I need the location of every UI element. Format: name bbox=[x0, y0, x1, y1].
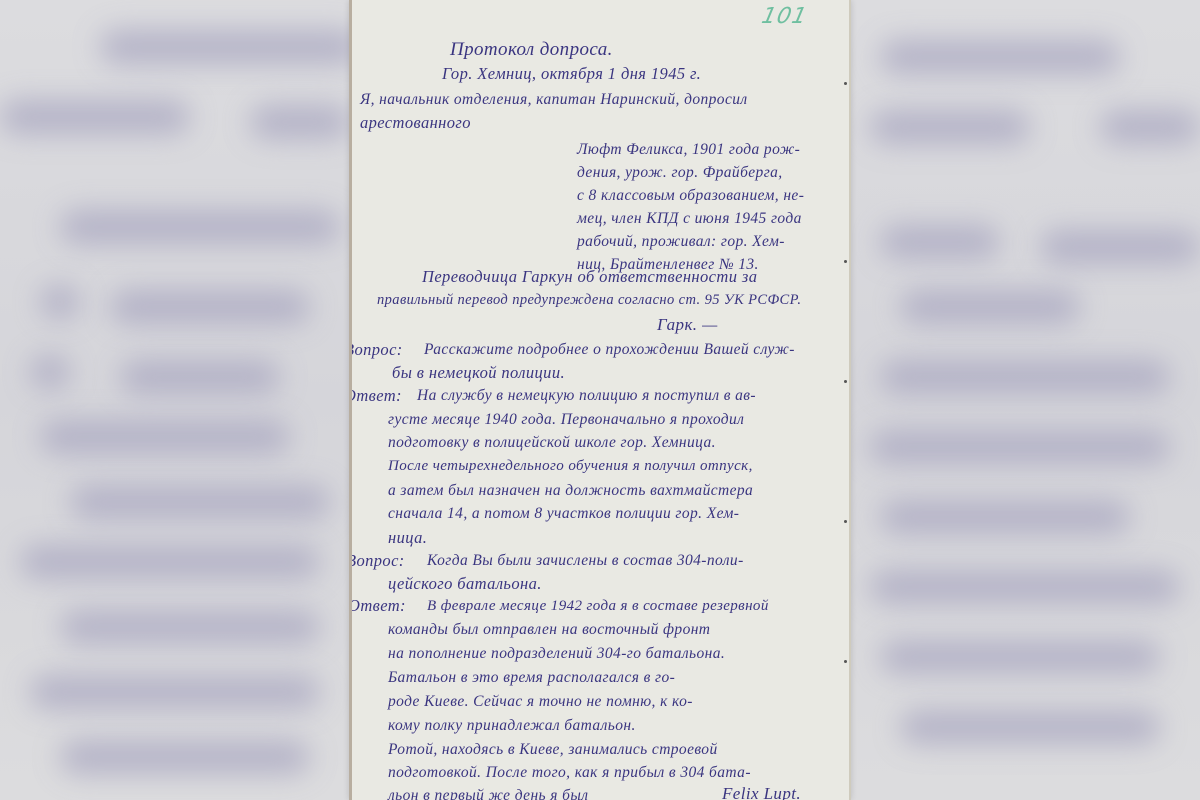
question-text: Расскажите подробнее о прохождении Вашей… bbox=[424, 340, 795, 360]
answer-text: Ротой, находясь в Киеве, занимались стро… bbox=[388, 740, 718, 760]
translator-signature: Гарк. — bbox=[657, 315, 718, 335]
answer-label: Ответ: bbox=[349, 596, 406, 616]
answer-text: кому полку принадлежал батальон. bbox=[388, 716, 636, 736]
interrogation-protocol-page: 101 Протокол допроса. Гор. Хемниц, октяб… bbox=[349, 0, 851, 800]
place-date: Гор. Хемниц, октября 1 дня 1945 г. bbox=[442, 64, 701, 84]
answer-text: После четырехнедельного обучения я получ… bbox=[388, 456, 753, 476]
document-viewer: 101 Протокол допроса. Гор. Хемниц, октяб… bbox=[0, 0, 1200, 800]
binding-mark bbox=[844, 660, 847, 663]
answer-label: Ответ: bbox=[349, 386, 402, 406]
subject-signature: Felix Lupt. bbox=[722, 784, 801, 800]
subject-line: дения, урож. гор. Фрайберга, bbox=[577, 163, 783, 183]
question-label: Вопрос: bbox=[349, 340, 403, 360]
subject-line: мец, член КПД с июня 1945 года bbox=[577, 209, 802, 229]
question-text: Когда Вы были зачислены в состав 304-пол… bbox=[427, 551, 744, 571]
intro-line-1: Я, начальник отделения, капитан Нарински… bbox=[360, 90, 748, 110]
answer-text: подготовку в полицейской школе гор. Хемн… bbox=[388, 433, 716, 453]
subject-line: Люфт Феликса, 1901 года рож- bbox=[577, 140, 800, 160]
page-number: 101 bbox=[759, 4, 809, 29]
intro-line-2: арестованного bbox=[360, 113, 471, 133]
answer-text: ница. bbox=[388, 528, 427, 548]
answer-text: сначала 14, а потом 8 участков полиции г… bbox=[388, 504, 739, 524]
answer-text: В феврале месяце 1942 года я в составе р… bbox=[427, 596, 769, 616]
question-text: бы в немецкой полиции. bbox=[392, 363, 565, 383]
answer-text: густе месяце 1940 года. Первоначально я … bbox=[388, 410, 744, 430]
subject-line: с 8 классовым образованием, не- bbox=[577, 186, 804, 206]
translator-line-1: Переводчица Гаркун об ответственности за bbox=[422, 267, 757, 287]
answer-text: подготовкой. После того, как я прибыл в … bbox=[388, 763, 751, 783]
binding-mark bbox=[844, 260, 847, 263]
document-title: Протокол допроса. bbox=[450, 40, 613, 60]
binding-mark bbox=[844, 520, 847, 523]
binding-mark bbox=[844, 380, 847, 383]
answer-text: На службу в немецкую полицию я поступил … bbox=[417, 386, 756, 406]
answer-text: льон в первый же день я был bbox=[388, 786, 588, 800]
question-text: цейского батальона. bbox=[388, 574, 542, 594]
translator-line-2: правильный перевод предупреждена согласн… bbox=[377, 290, 801, 310]
question-label: Вопрос: bbox=[349, 551, 405, 571]
answer-text: роде Киеве. Сейчас я точно не помню, к к… bbox=[388, 692, 693, 712]
answer-text: на пополнение подразделений 304-го батал… bbox=[388, 644, 725, 664]
answer-text: команды был отправлен на восточный фронт bbox=[388, 620, 710, 640]
answer-text: Батальон в это время располагался в го- bbox=[388, 668, 675, 688]
subject-line: рабочий, проживал: гор. Хем- bbox=[577, 232, 785, 252]
binding-mark bbox=[844, 82, 847, 85]
answer-text: а затем был назначен на должность вахтма… bbox=[388, 481, 753, 501]
